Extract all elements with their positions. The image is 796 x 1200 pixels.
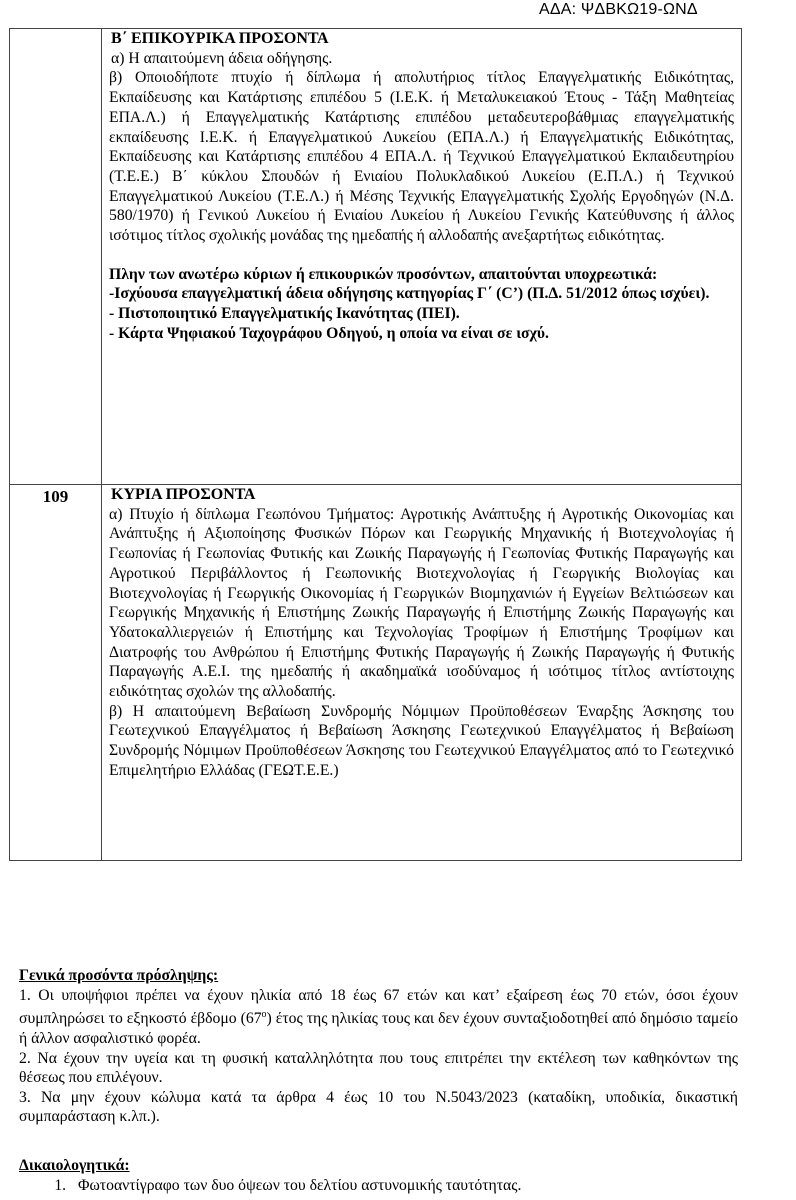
mandatory-item: - Πιστοποιητικό Επαγγελματικής Ικανότητα… [109, 304, 734, 324]
documents-list: Φωτοαντίγραφο των δυο όψεων του δελτίου … [19, 1176, 738, 1196]
qualification-item: β) Η απαιτούμενη Βεβαίωση Συνδρομής Νόμι… [109, 702, 734, 781]
position-number: 109 [10, 485, 102, 861]
section-heading: ΚΥΡΙΑ ΠΡΟΣΟΝΤΑ [111, 485, 734, 505]
document-item: Φωτοαντίγραφο των δυο όψεων του δελτίου … [70, 1176, 738, 1196]
qualification-item: β) Οποιοδήποτε πτυχίο ή δίπλωμα ή απολυτ… [109, 68, 734, 245]
qualification-item: α) Η απαιτούμενη άδεια οδήγησης. [109, 49, 734, 69]
general-item: 3. Να μην έχουν κώλυμα κατά τα άρθρα 4 έ… [19, 1088, 738, 1127]
general-title: Γενικά προσόντα πρόσληψης: [19, 966, 738, 986]
position-number [10, 29, 102, 485]
table-row: Β΄ ΕΠΙΚΟΥΡΙΚΑ ΠΡΟΣΟΝΤΑ α) Η απαιτούμενη … [10, 29, 742, 485]
general-qualifications: Γενικά προσόντα πρόσληψης: 1. Οι υποψήφι… [19, 966, 738, 1127]
general-item: 2. Να έχουν την υγεία και τη φυσική κατα… [19, 1049, 738, 1088]
documents-section: Δικαιολογητικά: Φωτοαντίγραφο των δυο όψ… [19, 1156, 738, 1195]
mandatory-intro: Πλην των ανωτέρω κύριων ή επικουρικών πρ… [109, 265, 734, 285]
ada-code: ΑΔΑ: ΨΔΒΚΩ19-ΩΝΔ [539, 1, 698, 19]
qualifications-table: Β΄ ΕΠΙΚΟΥΡΙΚΑ ΠΡΟΣΟΝΤΑ α) Η απαιτούμενη … [9, 28, 742, 861]
mandatory-item: - Κάρτα Ψηφιακού Ταχογράφου Οδηγού, η οπ… [109, 324, 734, 344]
mandatory-item: -Ισχύουσα επαγγελματική άδεια οδήγησης κ… [109, 284, 734, 304]
documents-title: Δικαιολογητικά: [19, 1156, 738, 1176]
qualifications-cell: ΚΥΡΙΑ ΠΡΟΣΟΝΤΑ α) Πτυχίο ή δίπλωμα Γεωπό… [102, 485, 742, 861]
general-item: 1. Οι υποψήφιοι πρέπει να έχουν ηλικία α… [19, 986, 738, 1049]
qualifications-cell: Β΄ ΕΠΙΚΟΥΡΙΚΑ ΠΡΟΣΟΝΤΑ α) Η απαιτούμενη … [102, 29, 742, 485]
qualification-item: α) Πτυχίο ή δίπλωμα Γεωπόνου Τμήματος: Α… [109, 505, 734, 702]
section-heading: Β΄ ΕΠΙΚΟΥΡΙΚΑ ΠΡΟΣΟΝΤΑ [111, 29, 734, 49]
table-row: 109 ΚΥΡΙΑ ΠΡΟΣΟΝΤΑ α) Πτυχίο ή δίπλωμα Γ… [10, 485, 742, 861]
